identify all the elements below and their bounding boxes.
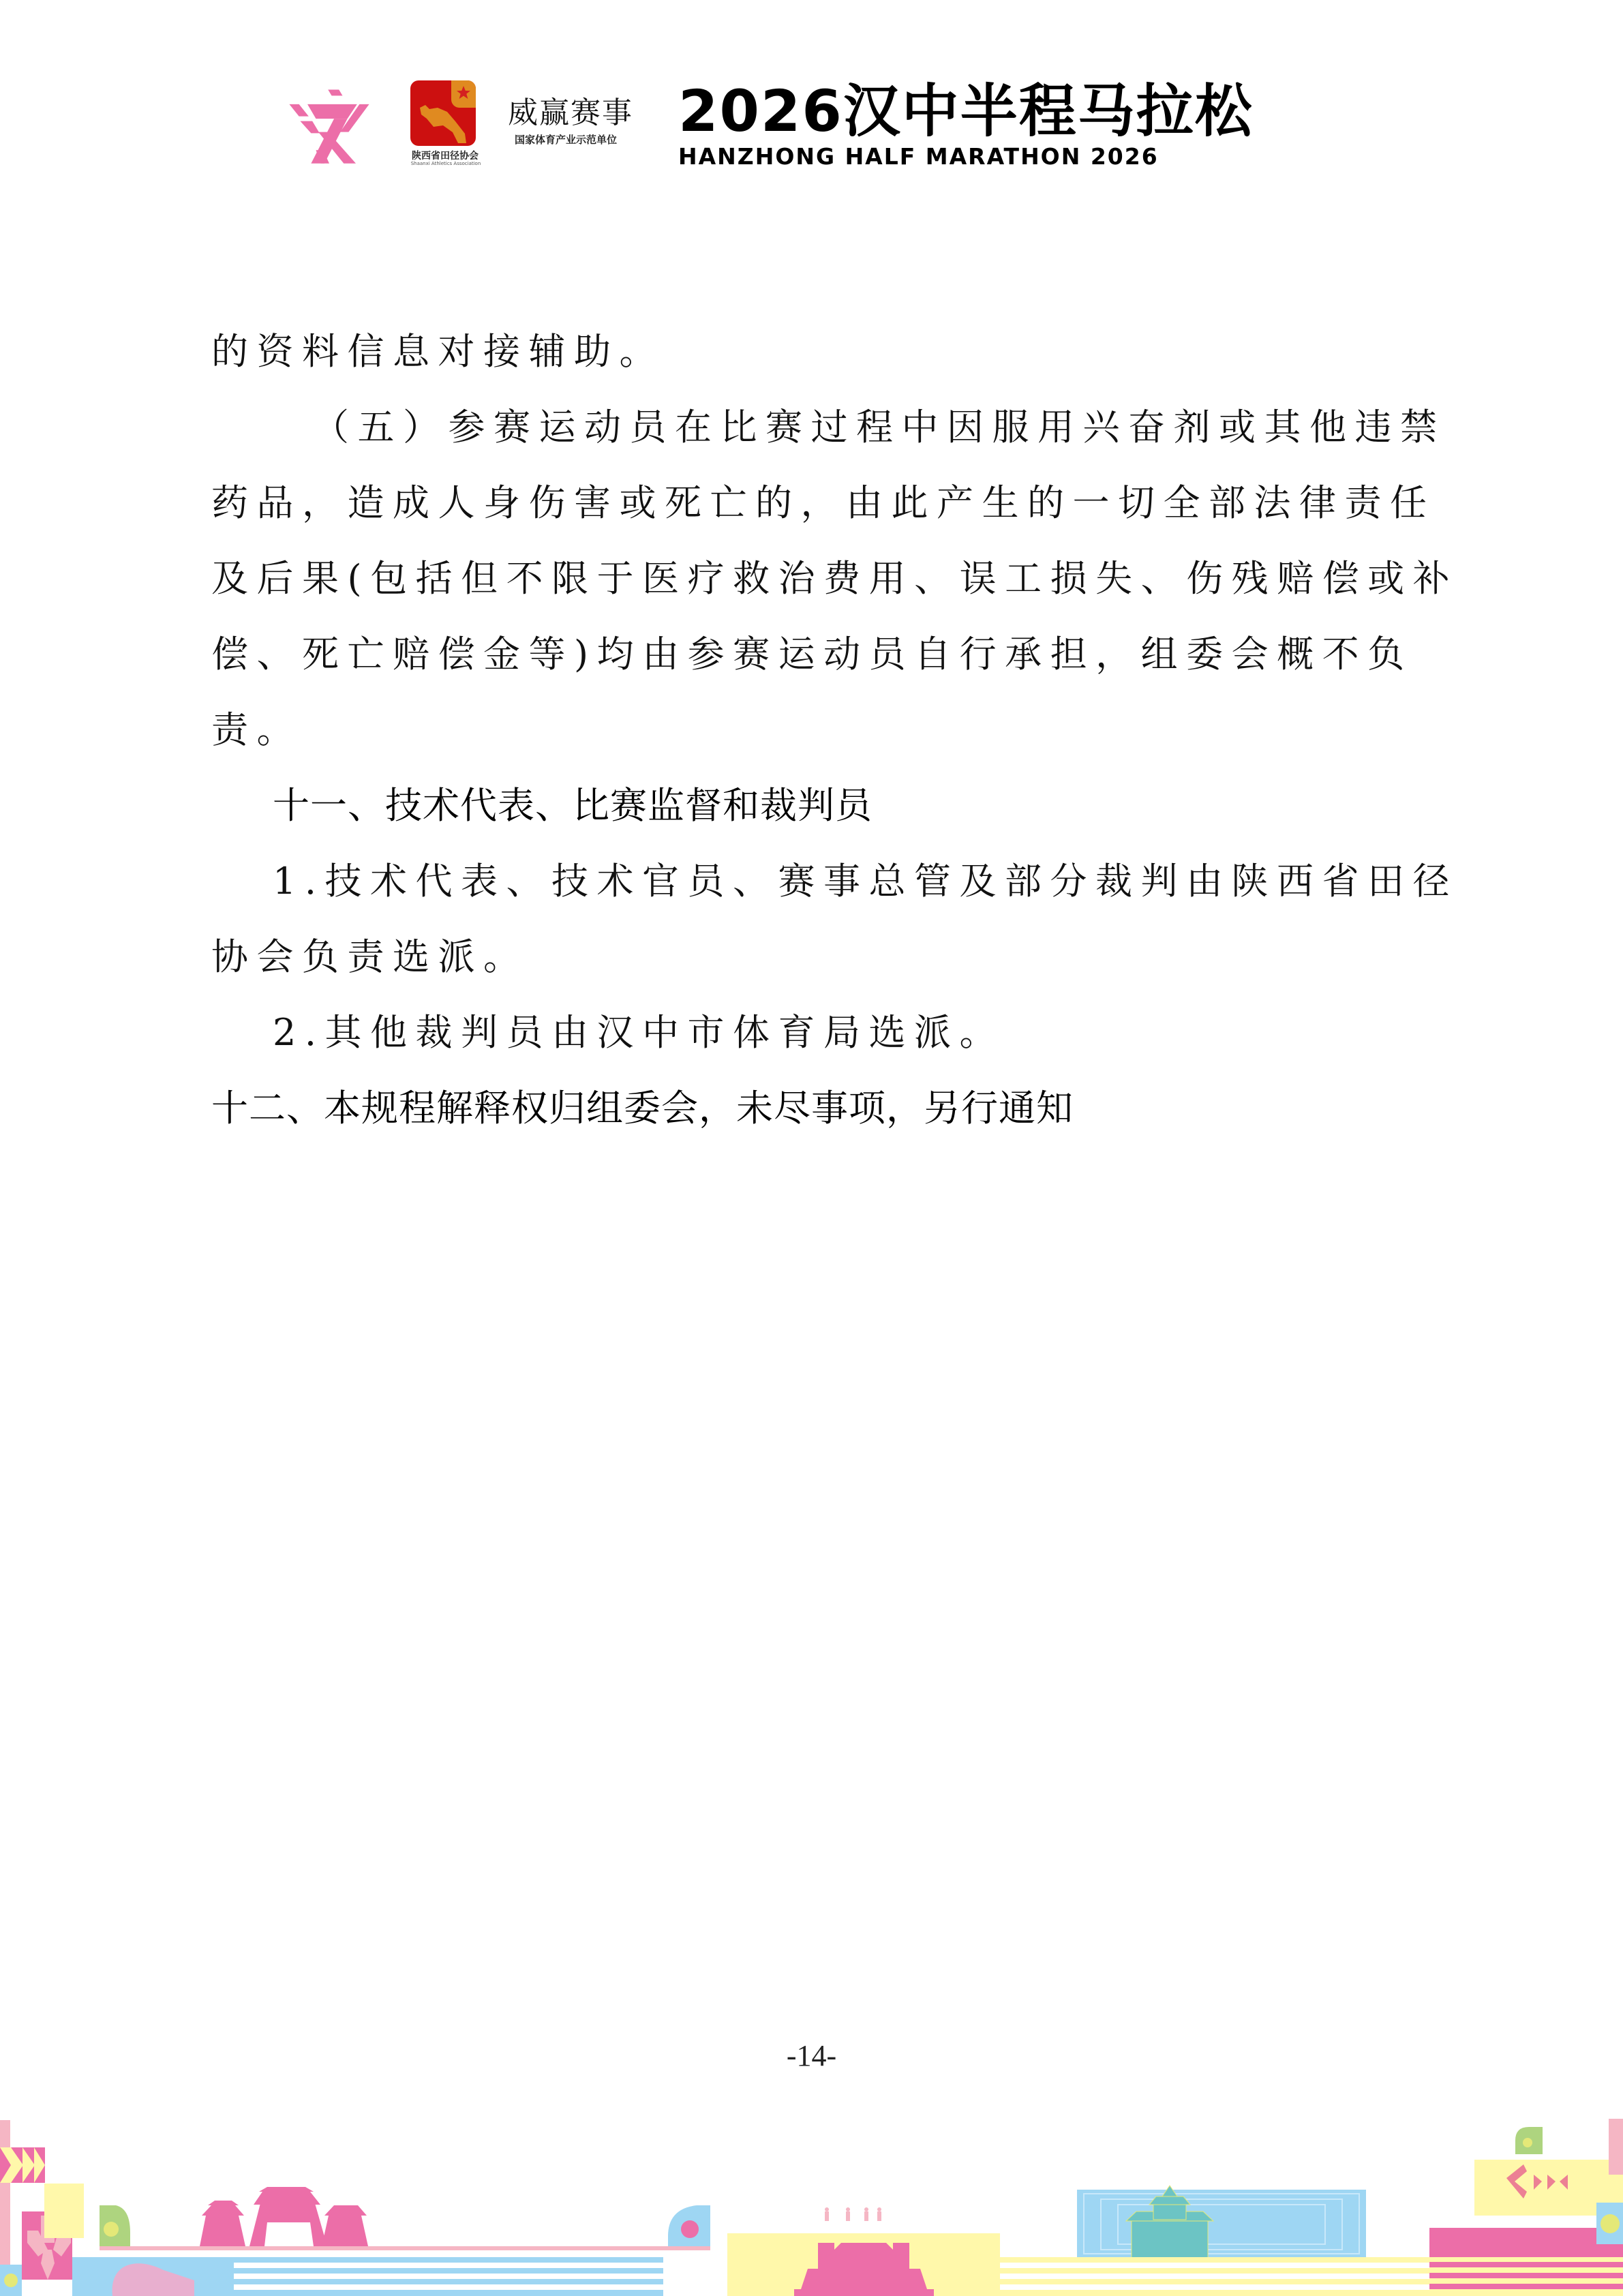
weiying-subtitle: 国家体育产业示范单位	[508, 132, 658, 147]
event-title-en: HANZHONG HALF MARATHON 2026	[678, 143, 1343, 170]
flower-icon	[1601, 2214, 1620, 2233]
zigzag-pattern-icon	[0, 2147, 45, 2183]
weiying-events-logo: 威赢赛事 国家体育产业示范单位	[508, 95, 658, 157]
flower-icon	[104, 2222, 119, 2237]
runner-icon	[417, 104, 469, 145]
paragraph-line: 责。	[211, 692, 1411, 768]
section-heading-11: 十一、技术代表、比赛监督和裁判员	[211, 768, 1411, 843]
red-star-icon	[455, 85, 472, 101]
pagoda-gate-icon	[200, 2187, 368, 2246]
paragraph-line: （五）参赛运动员在比赛过程中因服用兴奋剂或其他违禁	[211, 389, 1411, 465]
event-title: 2026汉中半程马拉松 HANZHONG HALF MARATHON 2026	[678, 80, 1343, 170]
paragraph-line: 2.其他裁判员由汉中市体育局选派。	[211, 995, 1411, 1070]
paragraph-line: 药品，造成人身伤害或死亡的，由此产生的一切全部法律责任	[211, 465, 1411, 541]
paragraph-line: 协会负责选派。	[211, 919, 1411, 995]
section-heading-12: 十二、本规程解释权归组委会，未尽事项，另行通知	[211, 1070, 1411, 1146]
paragraph-line: 及后果(包括但不限于医疗救治费用、误工损失、伤残赔偿或补	[211, 541, 1411, 616]
footer-decoration	[0, 2100, 1623, 2296]
paragraph-line: 偿、死亡赔偿金等)均由参赛运动员自行承担，组委会概不负	[211, 616, 1411, 692]
pink-star-logo-icon	[281, 80, 378, 169]
saa-name-en: Shaanxi Athletics Association	[406, 161, 485, 166]
flower-icon	[4, 2274, 18, 2287]
paragraph-line: 1.技术代表、技术官员、赛事总管及部分裁判由陕西省田径	[211, 843, 1411, 919]
paragraph-line: 的资料信息对接辅助。	[211, 314, 1411, 389]
document-body: 的资料信息对接辅助。 （五）参赛运动员在比赛过程中因服用兴奋剂或其他违禁 药品，…	[211, 314, 1411, 1146]
shaanxi-athletics-association-logo: 陕西省田径协会 Shaanxi Athletics Association	[409, 80, 484, 169]
flower-icon	[681, 2220, 699, 2238]
weiying-title: 威赢赛事	[508, 95, 658, 131]
page-number: -14-	[0, 2038, 1623, 2073]
flower-icon	[1523, 2138, 1532, 2147]
saa-name: 陕西省田径协会	[408, 149, 483, 162]
document-header: 陕西省田径协会 Shaanxi Athletics Association 威赢…	[0, 0, 1623, 191]
saa-badge	[410, 80, 476, 146]
runners-icon	[825, 2207, 881, 2221]
event-title-cn: 2026汉中半程马拉松	[678, 80, 1343, 142]
